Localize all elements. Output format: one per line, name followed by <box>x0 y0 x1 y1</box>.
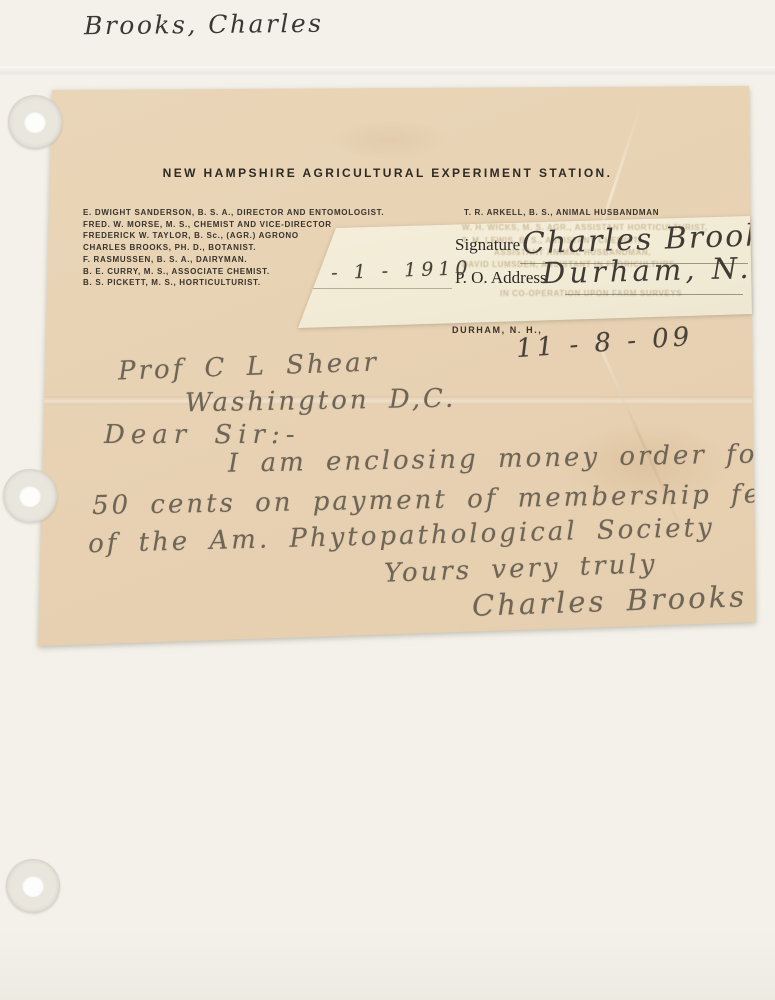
hole-punch-reinforcement <box>3 469 57 523</box>
album-page: Brooks, Charles NEW HAMPSHIRE AGRICULTUR… <box>0 0 775 1000</box>
signature-label: Signature <box>455 235 520 255</box>
punch-hole <box>22 875 44 897</box>
pasted-slip: W. H. WICKS, M. S. AGR., ASSISTANT HORTI… <box>298 216 752 328</box>
slip-shadow-wrap: W. H. WICKS, M. S. AGR., ASSISTANT HORTI… <box>0 0 775 1000</box>
date-rule <box>300 288 452 289</box>
hole-punch-reinforcement <box>8 95 62 149</box>
address-handwritten: Durham, N.H. <box>542 250 775 291</box>
punch-hole <box>24 111 46 133</box>
hole-punch-reinforcement <box>6 859 60 913</box>
punch-hole <box>19 485 41 507</box>
address-rule <box>565 294 743 295</box>
slip-date-handwritten: 6 - 1 - 1910 <box>303 257 473 285</box>
